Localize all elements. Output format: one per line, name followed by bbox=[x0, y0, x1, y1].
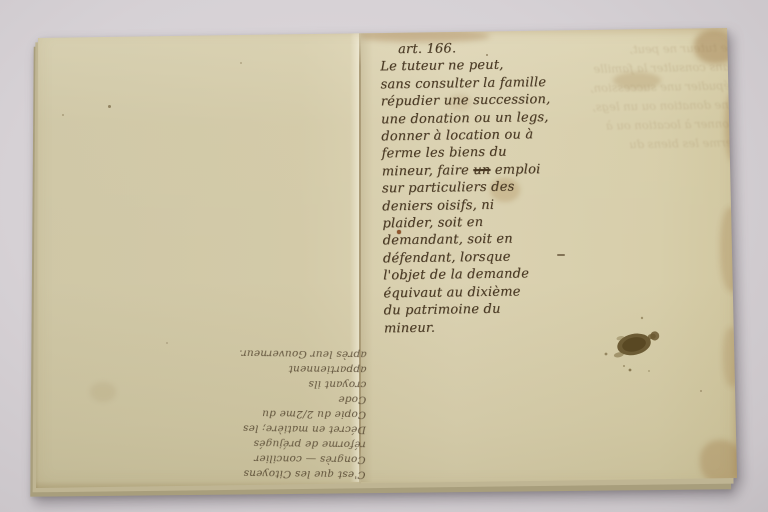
manuscript-sheet-stack: Le tuteur ne peut, sans consulter la fam… bbox=[0, 0, 768, 512]
manuscript-paper: Le tuteur ne peut, sans consulter la fam… bbox=[30, 22, 742, 492]
paper-edge-aging bbox=[30, 22, 742, 492]
